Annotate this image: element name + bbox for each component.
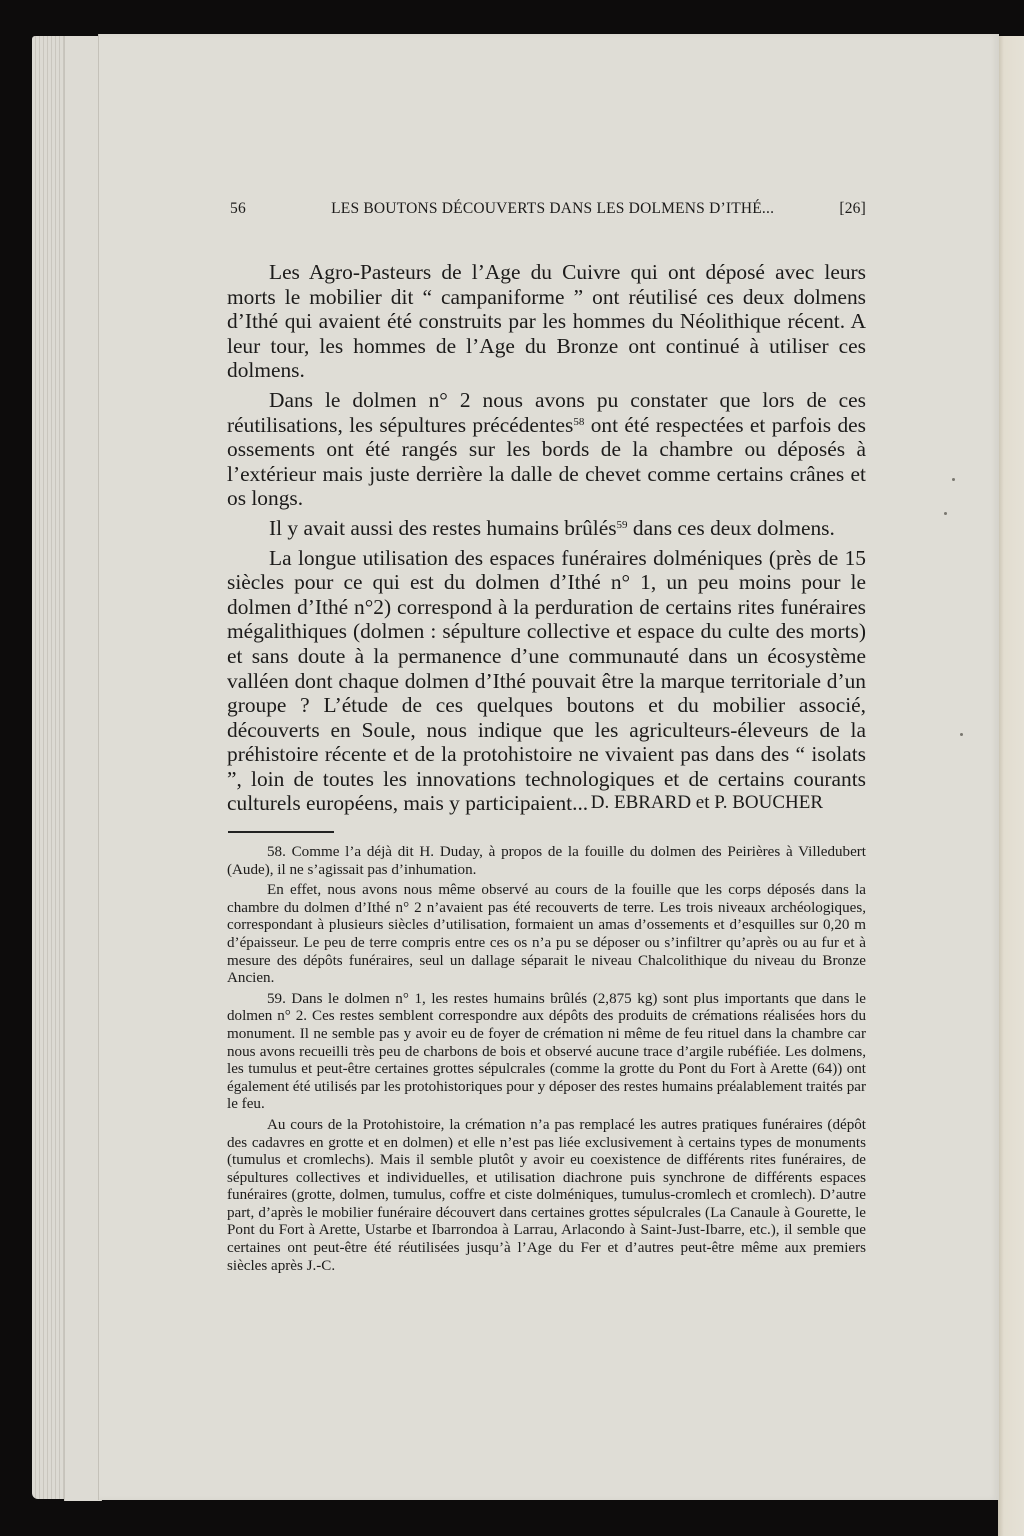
footnote-59-continued: Au cours de la Protohistoire, la crémati… — [227, 1117, 866, 1275]
body-text: Les Agro-Pasteurs de l’Age du Cuivre qui… — [227, 260, 866, 821]
paper-speck — [944, 512, 947, 515]
book-page-edge-inner — [64, 36, 102, 1501]
paper-speck — [960, 733, 963, 736]
paragraph: Il y avait aussi des restes humains brûl… — [227, 516, 866, 541]
author-signature: D. EBRARD et P. BOUCHER — [227, 792, 823, 814]
paragraph: La longue utilisation des espaces funéra… — [227, 546, 866, 817]
paragraph: Dans le dolmen n° 2 nous avons pu consta… — [227, 388, 866, 511]
footnote-58: 58. Comme l’a déjà dit H. Duday, à propo… — [227, 844, 866, 879]
footnote-divider — [228, 831, 334, 833]
footnote-ref-58: 58 — [573, 416, 584, 428]
page-number: 56 — [230, 200, 246, 218]
footnote-59: 59. Dans le dolmen n° 1, les restes huma… — [227, 991, 866, 1114]
paper-speck — [952, 478, 955, 481]
running-header: 56 LES BOUTONS DÉCOUVERTS DANS LES DOLME… — [230, 200, 866, 218]
footnotes: 58. Comme l’a déjà dit H. Duday, à propo… — [227, 844, 866, 1278]
footnote-58-continued: En effet, nous avons nous même observé a… — [227, 882, 866, 988]
paragraph: Les Agro-Pasteurs de l’Age du Cuivre qui… — [227, 260, 866, 383]
facing-page-edge — [998, 36, 1024, 1536]
running-title: LES BOUTONS DÉCOUVERTS DANS LES DOLMENS … — [246, 200, 839, 218]
footnote-ref-59: 59 — [617, 519, 628, 531]
section-number: [26] — [839, 200, 866, 218]
